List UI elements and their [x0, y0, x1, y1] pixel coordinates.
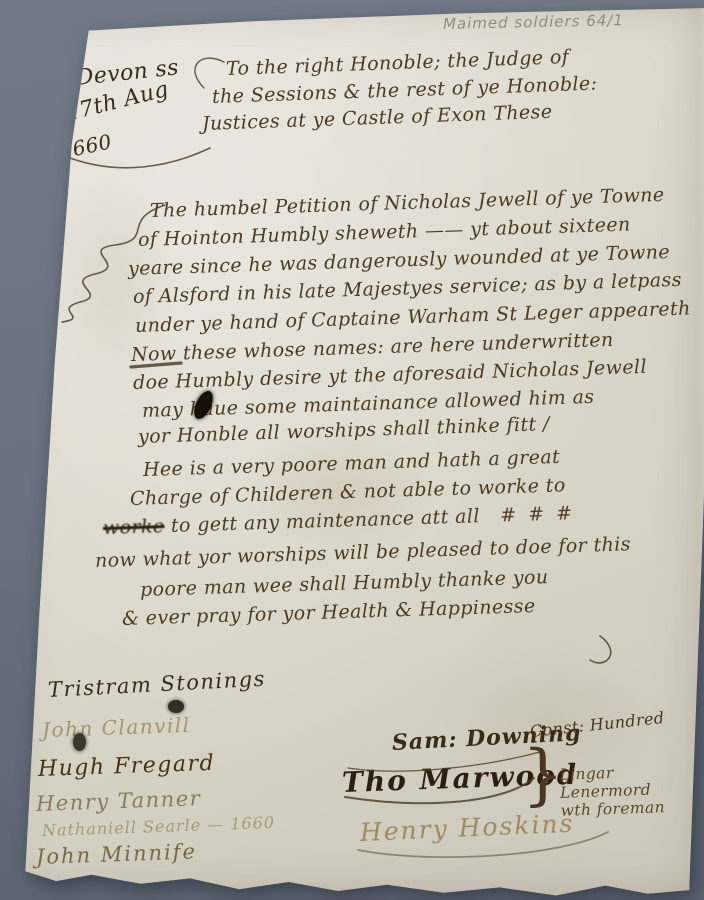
ink-blot — [73, 733, 86, 751]
side-annotation: Lingar Lenermord wth foreman — [559, 762, 665, 820]
signature: John Minnife — [36, 839, 198, 869]
plea-line: & ever pray for yor Health & Happinesse — [122, 595, 536, 630]
hatch-marks: # # # — [500, 502, 575, 526]
document-photo: Maimed soldiers 64/1 Devon ss 17th Aug 1… — [0, 0, 704, 900]
dateline-year: 1660 — [58, 129, 114, 163]
flourish-happinesse-tail — [590, 636, 611, 663]
paper-sheet: Maimed soldiers 64/1 Devon ss 17th Aug 1… — [0, 0, 704, 900]
signature: Nathaniell Searle — 1660 — [42, 813, 276, 840]
flourish-header-swash — [195, 58, 224, 88]
side-annotation-line: wth foreman — [560, 798, 665, 820]
plea-line-text: to gett any maintenance att all — [171, 505, 480, 537]
brace-glyph: } — [522, 736, 564, 813]
archival-note: Maimed soldiers 64/1 — [443, 11, 624, 33]
plea-line: now what yor worships will be pleased to… — [95, 533, 631, 572]
signature: Henry Tanner — [36, 786, 202, 816]
struck-word: worke — [103, 515, 165, 539]
signature-official: Henry Hoskins — [359, 809, 575, 847]
signature: Tristram Stonings — [47, 667, 266, 702]
ink-blot — [168, 700, 184, 713]
signature: John Clanvill — [42, 713, 191, 742]
signature: Hugh Fregard — [38, 751, 216, 782]
paper-shadow-wrap: Maimed soldiers 64/1 Devon ss 17th Aug 1… — [0, 0, 704, 900]
